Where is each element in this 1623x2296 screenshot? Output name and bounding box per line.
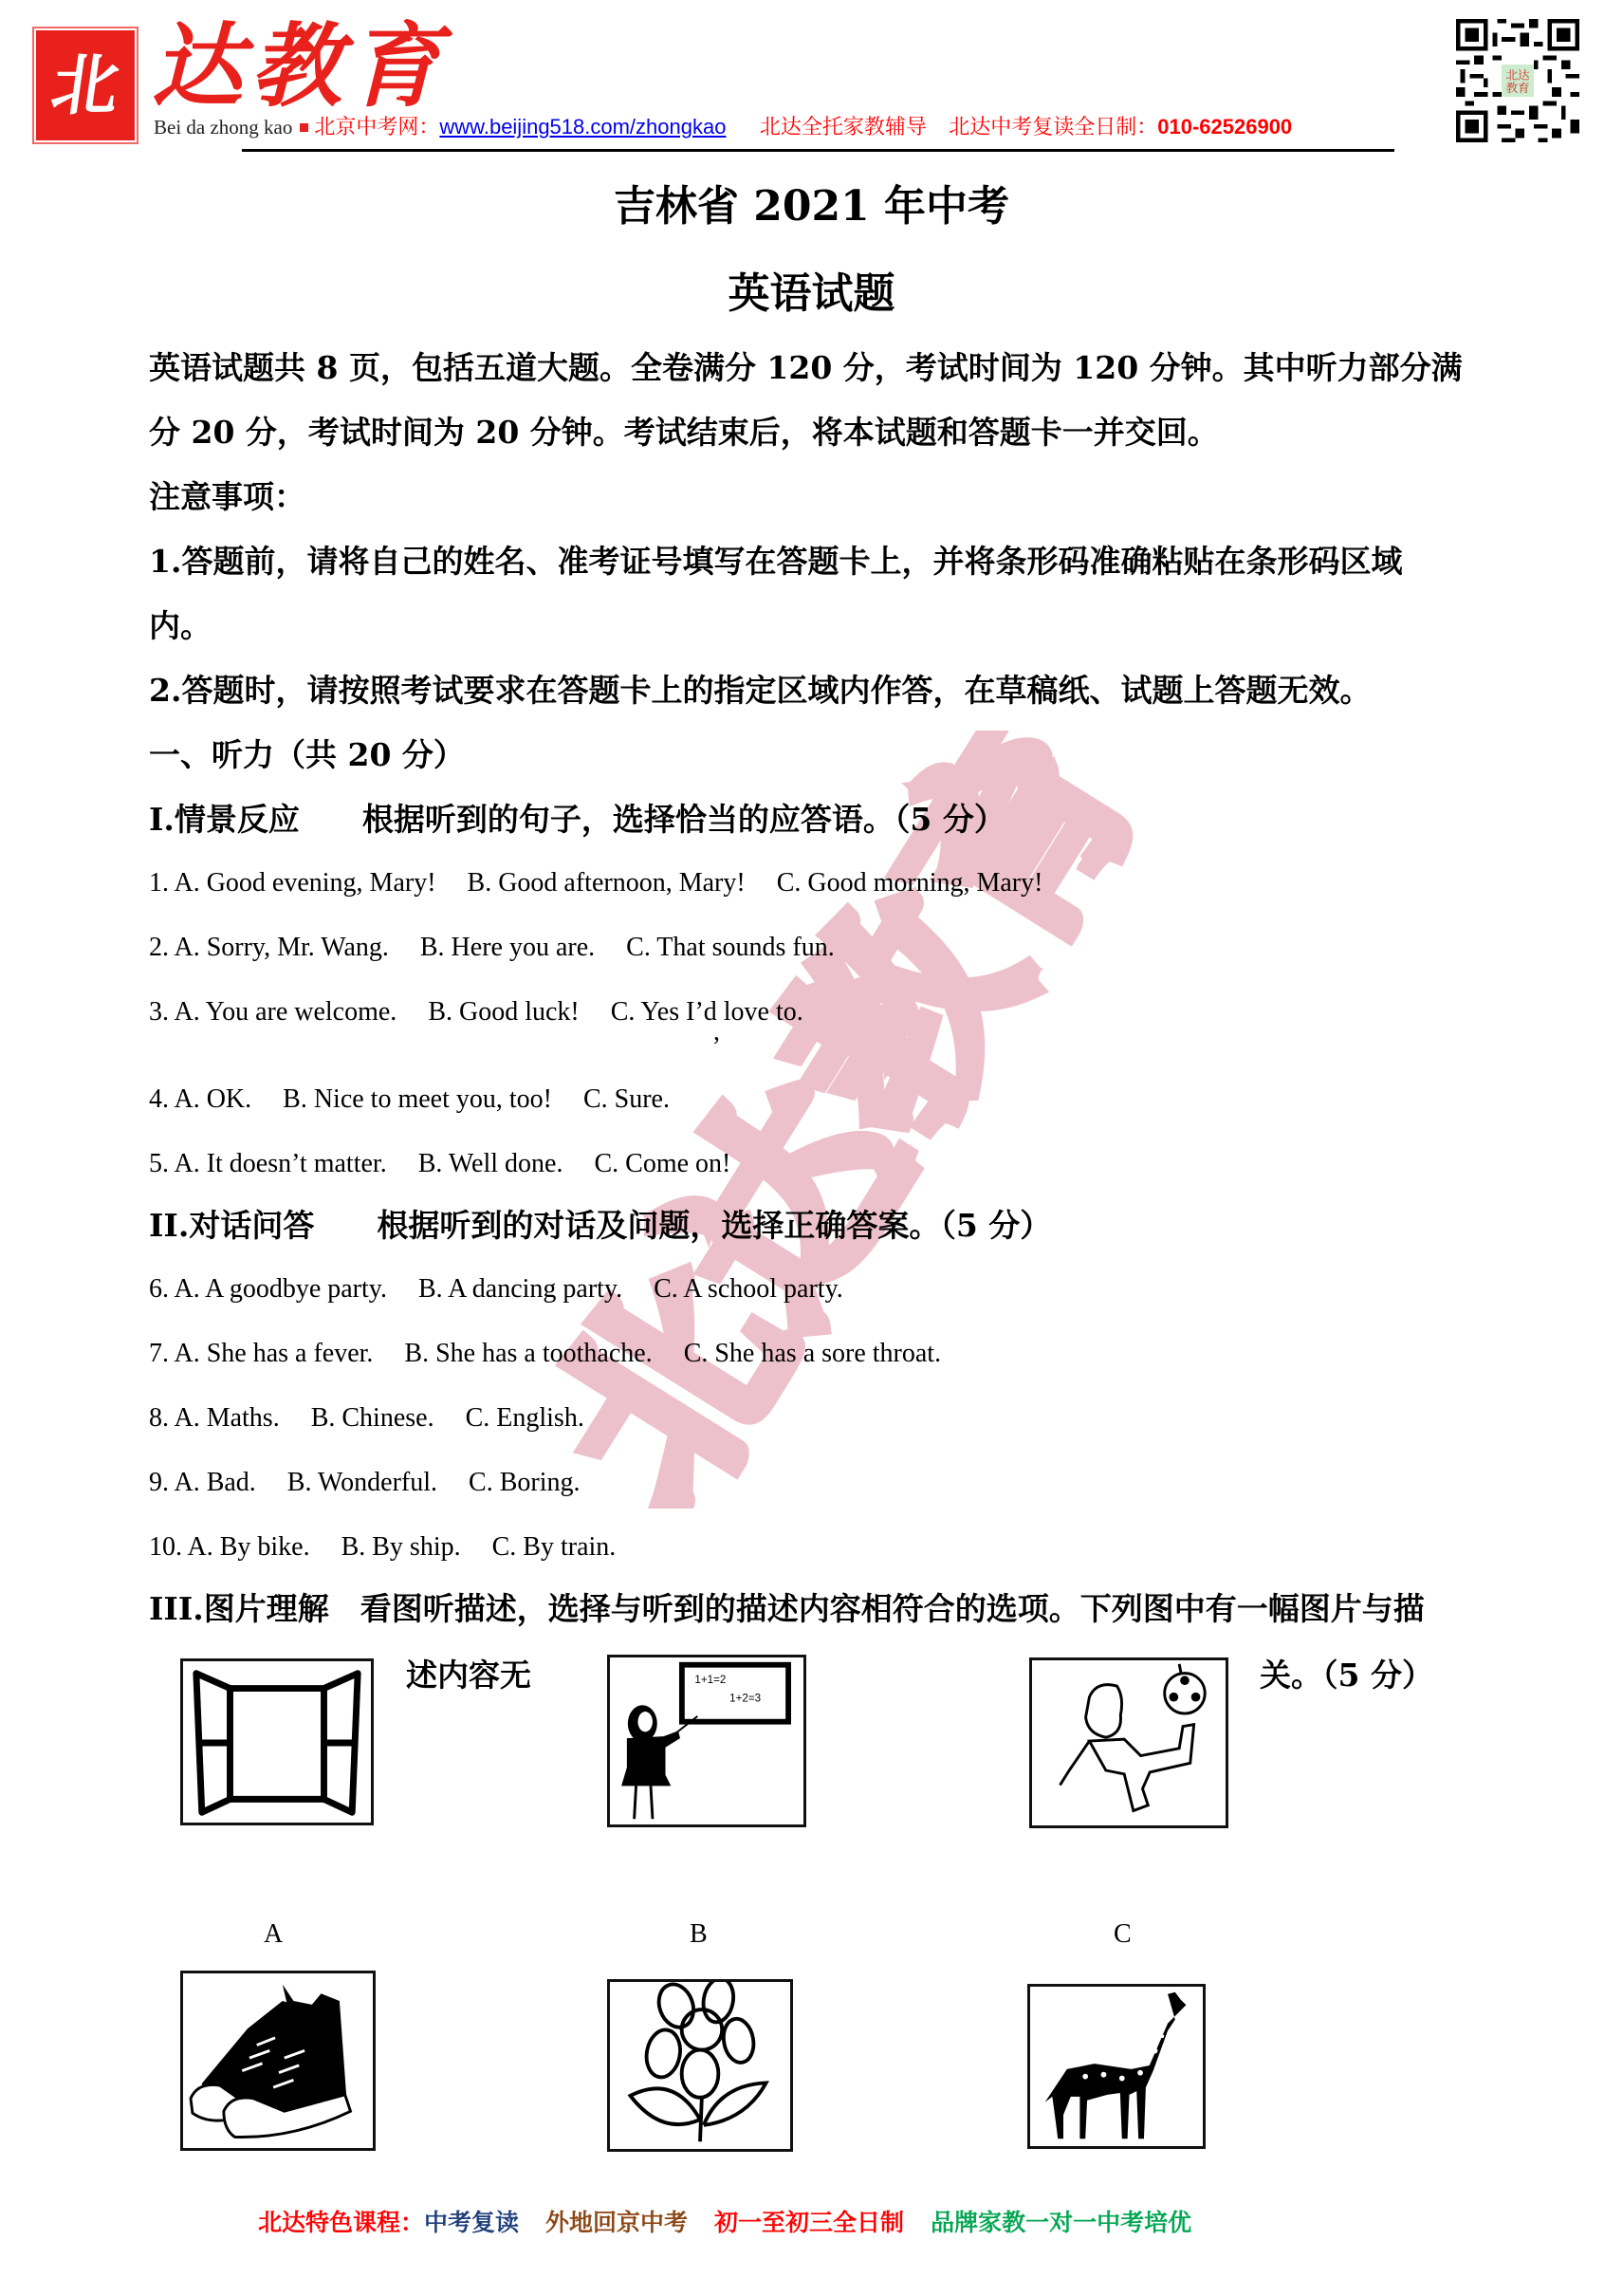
picture-label-b: B bbox=[690, 1918, 708, 1951]
option-a: A. Bad. bbox=[174, 1468, 255, 1497]
option-c: C. By train. bbox=[492, 1532, 617, 1562]
question-2: 2. A. Sorry, Mr. Wang. B. Here you are. … bbox=[149, 930, 835, 966]
site-url-link[interactable]: www.beijing518.com/zhongkao bbox=[439, 115, 726, 139]
svg-text:1+2=3: 1+2=3 bbox=[729, 1692, 761, 1704]
option-b: B. Well done. bbox=[418, 1149, 563, 1178]
notice-heading: 注意事项： bbox=[149, 476, 305, 518]
option-b: B. Wonderful. bbox=[287, 1468, 437, 1497]
option-c: C. Come on! bbox=[594, 1149, 730, 1178]
football-player-icon bbox=[1032, 1660, 1226, 1825]
section-3-heading-cont-2: 关。（5 分） bbox=[1260, 1655, 1433, 1696]
option-c: C. English. bbox=[466, 1403, 584, 1433]
option-c: C. Boring. bbox=[469, 1468, 580, 1497]
flower-icon bbox=[610, 1982, 790, 2149]
footer-course-3: 初一至初三全日制 bbox=[714, 2210, 904, 2236]
watermark-logo: 北达教育 bbox=[531, 731, 1195, 1509]
option-b: B. She has a toothache. bbox=[404, 1339, 652, 1368]
header-info-line: Bei da zhong kao北京中考网：www.beijing518.com… bbox=[154, 114, 1292, 140]
section-2-heading: II.对话问答 根据听到的对话及问题，选择正确答案。（5 分） bbox=[149, 1205, 1051, 1247]
option-a: A. By bike. bbox=[187, 1532, 309, 1562]
option-c: C. Sure. bbox=[583, 1084, 670, 1114]
part-1-heading: 一、听力（共 20 分） bbox=[149, 734, 465, 776]
question-6: 6. A. A goodbye party. B. A dancing part… bbox=[149, 1271, 843, 1307]
intro-text-line-1: 英语试题共 8 页，包括五道大题。全卷满分 120 分，考试时间为 120 分钟… bbox=[149, 347, 1463, 389]
picture-sneakers bbox=[180, 1971, 376, 2151]
picture-label-a: A bbox=[264, 1918, 283, 1951]
option-b: B. Good luck! bbox=[428, 997, 579, 1027]
option-a: A. It doesn’t matter. bbox=[174, 1149, 386, 1178]
picture-girl-at-blackboard: 1+1=2 1+2=3 bbox=[607, 1655, 806, 1827]
option-a: A. Good evening, Mary! bbox=[174, 868, 435, 898]
question-10: 10. A. By bike. B. By ship. C. By train. bbox=[149, 1529, 616, 1565]
footer-course-1: 中考复读 bbox=[424, 2210, 519, 2236]
notice-2: 2.答题时，请按照考试要求在答题卡上的指定区域内作答，在草稿纸、试题上答题无效。 bbox=[149, 670, 1371, 712]
option-c: C. She has a sore throat. bbox=[684, 1339, 941, 1368]
option-c: C. Yes I’d love to. bbox=[611, 997, 803, 1027]
option-c: C. That sounds fun. bbox=[626, 933, 835, 962]
option-c: C. A school party. bbox=[654, 1274, 843, 1304]
notice-1-line-2: 内。 bbox=[149, 605, 212, 647]
brand-english-name: Bei da zhong kao bbox=[154, 116, 292, 139]
brand-logo-text: 达教育 bbox=[152, 21, 448, 112]
qr-code-icon: 北达 教育 bbox=[1451, 14, 1584, 147]
picture-open-window bbox=[180, 1658, 374, 1825]
window-icon bbox=[183, 1661, 371, 1823]
footer-courses: 北达特色课程：中考复读外地回京中考初一至初三全日制品牌家教一对一中考培优 bbox=[258, 2207, 1218, 2239]
intro-text-line-2: 分 20 分，考试时间为 20 分钟。考试结束后，将本试题和答题卡一并交回。 bbox=[149, 412, 1219, 454]
question-3: 3. A. You are welcome. B. Good luck! C. … bbox=[149, 994, 803, 1030]
brand-logo-seal: 北 bbox=[36, 30, 135, 140]
option-a: A. She has a fever. bbox=[174, 1339, 373, 1368]
section-3-heading: III.图片理解 看图听描述，选择与听到的描述内容相符合的选项。下列图中有一幅图… bbox=[149, 1588, 1425, 1630]
option-a: A. A goodbye party. bbox=[174, 1274, 387, 1304]
option-b: B. A dancing party. bbox=[418, 1274, 622, 1304]
question-5: 5. A. It doesn’t matter. B. Well done. C… bbox=[149, 1146, 730, 1182]
giraffe-icon bbox=[1030, 1987, 1203, 2146]
header-divider bbox=[242, 149, 1394, 152]
logo-char: 北 bbox=[47, 52, 123, 119]
footer-course-2: 外地回京中考 bbox=[545, 2210, 688, 2236]
site-label: 北京中考网： bbox=[314, 115, 439, 139]
question-9: 9. A. Bad. B. Wonderful. C. Boring. bbox=[149, 1465, 580, 1501]
picture-label-c: C bbox=[1114, 1918, 1132, 1951]
exam-subtitle: 英语试题 bbox=[0, 268, 1623, 321]
question-4: 4. A. OK. B. Nice to meet you, too! C. S… bbox=[149, 1082, 670, 1118]
section-3-heading-cont-1: 述内容无 bbox=[406, 1655, 531, 1696]
option-a: A. Sorry, Mr. Wang. bbox=[174, 933, 388, 962]
stray-comma: , bbox=[713, 1017, 720, 1047]
option-b: B. Nice to meet you, too! bbox=[283, 1084, 552, 1114]
svg-text:教育: 教育 bbox=[1505, 81, 1529, 95]
svg-text:1+1=2: 1+1=2 bbox=[694, 1674, 726, 1686]
option-b: B. Good afternoon, Mary! bbox=[468, 868, 746, 898]
question-7: 7. A. She has a fever. B. She has a toot… bbox=[149, 1336, 941, 1372]
option-a: A. OK. bbox=[174, 1084, 251, 1114]
picture-flower bbox=[607, 1979, 793, 2152]
contact-phone: 010-62526900 bbox=[1157, 115, 1292, 139]
option-a: A. You are welcome. bbox=[174, 997, 397, 1027]
footer-label: 北达特色课程： bbox=[258, 2210, 424, 2236]
sneakers-icon bbox=[183, 1973, 373, 2148]
option-b: B. Chinese. bbox=[311, 1403, 434, 1433]
picture-boy-kicking-ball bbox=[1029, 1657, 1228, 1828]
red-square-bullet-icon bbox=[300, 123, 308, 132]
option-a: A. Maths. bbox=[174, 1403, 279, 1433]
svg-text:北达教育: 北达教育 bbox=[531, 731, 1187, 1509]
question-1: 1. A. Good evening, Mary! B. Good aftern… bbox=[149, 865, 1042, 901]
section-1-heading: I.情景反应 根据听到的句子，选择恰当的应答语。（5 分） bbox=[149, 799, 1005, 841]
option-b: B. Here you are. bbox=[420, 933, 595, 962]
picture-giraffe bbox=[1027, 1984, 1206, 2149]
teacher-blackboard-icon: 1+1=2 1+2=3 bbox=[610, 1657, 803, 1824]
question-8: 8. A. Maths. B. Chinese. C. English. bbox=[149, 1400, 584, 1436]
notice-1-line-1: 1.答题前，请将自己的姓名、准考证号填写在答题卡上，并将条形码准确粘贴在条形码区… bbox=[149, 541, 1402, 583]
footer-course-4: 品牌家教一对一中考培优 bbox=[931, 2210, 1191, 2236]
promo-repeat-class: 北达中考复读全日制： bbox=[949, 115, 1157, 139]
exam-title: 吉林省 2021 年中考 bbox=[0, 180, 1623, 233]
promo-tutoring: 北达全托家教辅导 bbox=[760, 115, 927, 139]
option-c: C. Good morning, Mary! bbox=[777, 868, 1043, 898]
option-b: B. By ship. bbox=[341, 1532, 461, 1562]
